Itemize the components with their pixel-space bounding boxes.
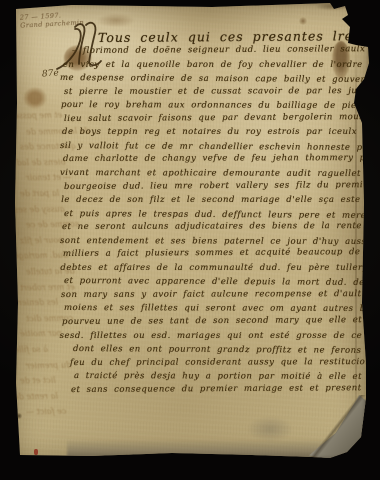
scanned-document-image: et me passede la somme dequictance desbi… <box>0 0 380 480</box>
manuscript-line: dont elles en ont pourront grandz proffi… <box>73 344 380 356</box>
manuscript-line: pour le roy breham aux ordonnances du ba… <box>61 100 380 111</box>
manuscript-line: et pourront avec apparence d'elle depuis… <box>64 276 380 288</box>
manuscript-line: son mary sans y avoir faict aulcune reco… <box>61 289 380 300</box>
manuscript-line: sesd. fillettes ou esd. mariages qui ont… <box>60 331 380 341</box>
manuscript-line: pourveu une de ses tant de son second ma… <box>62 315 380 327</box>
manuscript-line: et puis apres le trespas dud. deffunct l… <box>64 209 380 221</box>
manuscript-line: feu du chef principal considerant aussy … <box>70 357 380 368</box>
manuscript-line: de boys teppin reg et notaires du roy es… <box>62 127 380 137</box>
manuscript-line: vivant marchant et apothicaire demourant… <box>60 168 376 179</box>
manuscript-line: dame charlotte de changy vefve de feu je… <box>63 153 380 164</box>
manuscript-line: me despense ordinaire de sa maison cape … <box>60 73 380 85</box>
manuscript-text-block: Tous ceulx qui ces presantes lres verron… <box>12 3 369 462</box>
manuscript-line: lieu salut scavoir faisons que par devan… <box>64 112 379 124</box>
manuscript-line: en vicy et la quenoille baron de foy che… <box>63 60 380 70</box>
manuscript-line: milliers a faict plusieurs sommes et acq… <box>63 247 380 259</box>
manuscript-line: moiens et ses fillettes qui seront avec … <box>64 303 380 314</box>
manuscript-line: debtes et affaires de la communaulté dud… <box>60 263 380 273</box>
manuscript-line: sont entendement et ses biens paternel c… <box>60 236 380 247</box>
manuscript-line: a traicté près desja huy a portion par m… <box>74 371 380 382</box>
fold-crease-line <box>306 395 370 459</box>
parchment-sheet: et me passede la somme dequictance desbi… <box>12 3 369 462</box>
manuscript-line: st pierre le moustier et de cussat scavo… <box>64 86 380 97</box>
manuscript-line: bourgeoise dud. lieu mre robert vallery … <box>64 179 380 191</box>
manuscript-line: et ne seront aulcuns adjudicataires des … <box>62 221 380 232</box>
manuscript-line: le decez de son filz et le second mariag… <box>61 195 380 205</box>
manuscript-line: – florimond de doëne seigneur dud. lieu … <box>72 44 380 56</box>
manuscript-line: sil y valloit fut ce de mr chandellier e… <box>60 141 380 153</box>
manuscript-line: et sans consequence du premier mariage e… <box>71 383 380 395</box>
manuscript-heading-line: Tous ceulx qui ces presantes lres verron… <box>98 28 380 45</box>
